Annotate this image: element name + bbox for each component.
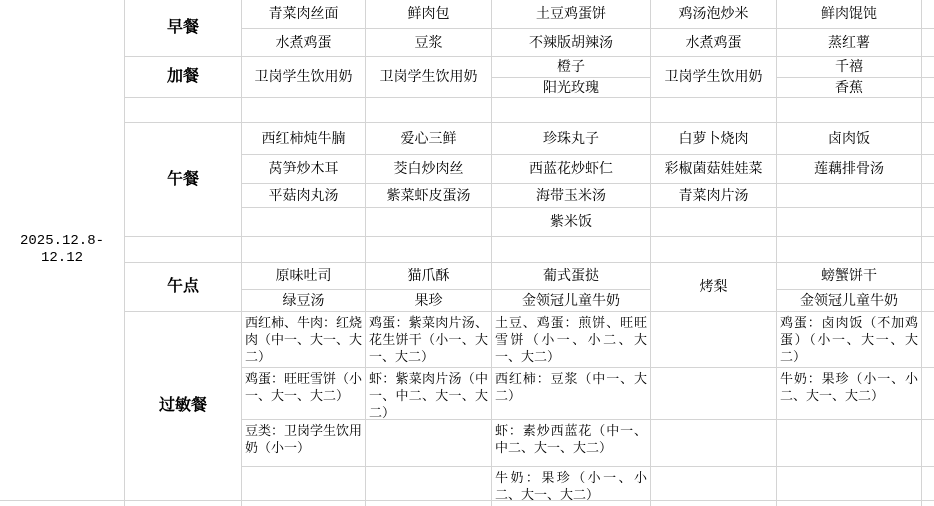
spreadsheet-grid: 2025.12.8-12.12早餐加餐午餐午点过敏餐青菜肉丝面水煮鸡蛋卫岗学生饮… [0,0,934,506]
empty-cell[interactable] [242,237,366,263]
empty-cell[interactable] [922,208,934,237]
allergy-note-cell[interactable]: 鸡蛋：旺旺雪饼（小一、大一、大二） [242,368,366,420]
allergy-note-cell[interactable]: 虾：素炒西蓝花（中一、中二、大一、大二） [492,420,651,467]
menu-item-cell[interactable]: 橙子 [492,57,651,78]
empty-cell[interactable] [651,208,777,237]
empty-cell[interactable] [922,312,934,368]
menu-item-cell[interactable]: 金领冠儿童牛奶 [492,290,651,312]
meal-label-cell[interactable]: 过敏餐 [125,312,242,501]
empty-cell[interactable] [366,501,492,506]
menu-item-cell[interactable]: 青菜肉丝面 [242,0,366,29]
meal-label-cell[interactable]: 早餐 [125,0,242,57]
empty-cell[interactable] [777,420,922,467]
menu-item-cell[interactable]: 卫岗学生饮用奶 [651,57,777,98]
empty-cell[interactable] [651,368,777,420]
allergy-note-cell[interactable]: 虾：紫菜肉片汤（中一、中二、大一、大二） [366,368,492,420]
empty-cell[interactable] [922,263,934,290]
menu-item-cell[interactable]: 彩椒菌菇娃娃菜 [651,155,777,184]
empty-cell[interactable] [777,98,922,123]
menu-item-cell[interactable]: 土豆鸡蛋饼 [492,0,651,29]
menu-item-cell[interactable]: 螃蟹饼干 [777,263,922,290]
empty-cell[interactable] [125,98,242,123]
menu-item-cell[interactable]: 金领冠儿童牛奶 [777,290,922,312]
empty-cell[interactable] [651,98,777,123]
menu-item-cell[interactable]: 爱心三鲜 [366,123,492,155]
menu-item-cell[interactable]: 猫爪酥 [366,263,492,290]
menu-item-cell[interactable]: 西蓝花炒虾仁 [492,155,651,184]
menu-item-cell[interactable]: 果珍 [366,290,492,312]
empty-cell[interactable] [922,501,934,506]
menu-item-cell[interactable]: 白萝卜烧肉 [651,123,777,155]
empty-cell[interactable] [492,501,651,506]
allergy-note-cell[interactable]: 西红柿：豆浆（中一、大二） [492,368,651,420]
empty-cell[interactable] [922,420,934,467]
menu-item-cell[interactable]: 葡式蛋挞 [492,263,651,290]
empty-cell[interactable] [922,29,934,57]
empty-cell[interactable] [777,467,922,501]
menu-item-cell[interactable]: 青菜肉片汤 [651,184,777,208]
empty-cell[interactable] [777,501,922,506]
menu-item-cell[interactable]: 鸡汤泡炒米 [651,0,777,29]
empty-cell[interactable] [922,290,934,312]
menu-item-cell[interactable]: 蒸红薯 [777,29,922,57]
menu-item-cell[interactable]: 水煮鸡蛋 [651,29,777,57]
empty-cell[interactable] [242,501,366,506]
menu-item-cell[interactable]: 茭白炒肉丝 [366,155,492,184]
menu-item-cell[interactable]: 鲜肉馄饨 [777,0,922,29]
empty-cell[interactable] [922,123,934,155]
empty-cell[interactable] [366,237,492,263]
allergy-note-cell[interactable]: 牛奶：果珍（小一、小二、大一、大二） [492,467,651,501]
empty-cell[interactable] [366,208,492,237]
menu-item-cell[interactable]: 西红柿炖牛腩 [242,123,366,155]
empty-cell[interactable] [492,98,651,123]
menu-item-cell[interactable]: 紫米饭 [492,208,651,237]
empty-cell[interactable] [651,420,777,467]
date-range-cell[interactable]: 2025.12.8-12.12 [0,0,125,501]
menu-item-cell[interactable]: 海带玉米汤 [492,184,651,208]
allergy-note-cell[interactable]: 牛奶：果珍（小一、小二、大一、大二） [777,368,922,420]
menu-item-cell[interactable]: 阳光玫瑰 [492,78,651,98]
empty-cell[interactable] [125,237,242,263]
meal-label-cell[interactable]: 午点 [125,263,242,312]
menu-item-cell[interactable]: 平菇肉丸汤 [242,184,366,208]
empty-cell[interactable] [125,501,242,506]
menu-item-cell[interactable]: 鲜肉包 [366,0,492,29]
allergy-note-cell[interactable]: 豆类：卫岗学生饮用奶（小一） [242,420,366,467]
empty-cell[interactable] [922,368,934,420]
empty-cell[interactable] [366,467,492,501]
empty-cell[interactable] [651,467,777,501]
allergy-note-cell[interactable]: 鸡蛋：卤肉饭（不加鸡蛋）（小一、大一、大二） [777,312,922,368]
menu-item-cell[interactable]: 豆浆 [366,29,492,57]
empty-cell[interactable] [922,467,934,501]
menu-item-cell[interactable]: 原味吐司 [242,263,366,290]
empty-cell[interactable] [922,184,934,208]
empty-cell[interactable] [651,237,777,263]
empty-cell[interactable] [922,78,934,98]
menu-item-cell[interactable]: 不辣版胡辣汤 [492,29,651,57]
empty-cell[interactable] [922,237,934,263]
empty-cell[interactable] [922,57,934,78]
empty-cell[interactable] [651,501,777,506]
menu-item-cell[interactable]: 卫岗学生饮用奶 [242,57,366,98]
empty-cell[interactable] [922,98,934,123]
empty-cell[interactable] [0,501,125,506]
empty-cell[interactable] [922,0,934,29]
menu-item-cell[interactable]: 卤肉饭 [777,123,922,155]
empty-cell[interactable] [777,184,922,208]
empty-cell[interactable] [777,237,922,263]
empty-cell[interactable] [492,237,651,263]
allergy-note-cell[interactable]: 鸡蛋：紫菜肉片汤、花生饼干（小一、大一、大二） [366,312,492,368]
menu-item-cell[interactable]: 珍珠丸子 [492,123,651,155]
meal-label-cell[interactable]: 午餐 [125,123,242,237]
menu-item-cell[interactable]: 香蕉 [777,78,922,98]
empty-cell[interactable] [242,208,366,237]
menu-item-cell[interactable]: 莴笋炒木耳 [242,155,366,184]
empty-cell[interactable] [777,208,922,237]
menu-item-cell[interactable]: 卫岗学生饮用奶 [366,57,492,98]
empty-cell[interactable] [651,312,777,368]
menu-item-cell[interactable]: 莲藕排骨汤 [777,155,922,184]
allergy-note-cell[interactable]: 土豆、鸡蛋：煎饼、旺旺雪饼（小一、小二、大一、大二） [492,312,651,368]
meal-label-cell[interactable]: 加餐 [125,57,242,98]
empty-cell[interactable] [242,98,366,123]
empty-cell[interactable] [366,98,492,123]
menu-item-cell[interactable]: 千禧 [777,57,922,78]
empty-cell[interactable] [366,420,492,467]
menu-item-cell[interactable]: 紫菜虾皮蛋汤 [366,184,492,208]
empty-cell[interactable] [922,155,934,184]
menu-item-cell[interactable]: 水煮鸡蛋 [242,29,366,57]
allergy-note-cell[interactable]: 西红柿、牛肉：红烧肉（中一、大一、大二） [242,312,366,368]
menu-item-cell[interactable]: 绿豆汤 [242,290,366,312]
empty-cell[interactable] [242,467,366,501]
menu-item-cell[interactable]: 烤梨 [651,263,777,312]
